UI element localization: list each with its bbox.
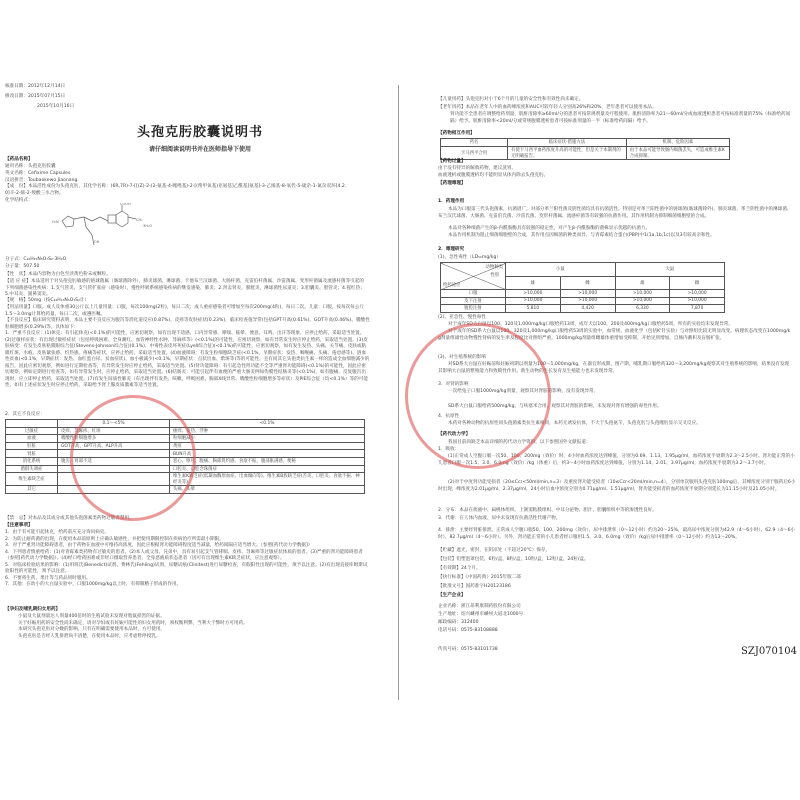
pharmacokinetics-intro: 我国目前尚缺乏本品详细的药代动力学资料，以下参照国外文献报道： [448,440,590,446]
svg-text:OH: OH [94,240,100,244]
table-cell: >10,000 [670,290,725,298]
table-row: 肝脏GOT升高、GPT升高、ALP升高黄疸 [6,442,365,450]
table-cell: 腹腔注射 [441,305,506,313]
table-cell: BUN升高 [170,450,365,458]
indications: 【适 应 症】本品适用于对头孢克肟敏感的链球菌属（肠球菌除外），肺炎球菌、淋球菌… [5,279,365,299]
table-cell: 口腔炎、口腔念珠菌症 [170,465,365,473]
table-cell: >10,000 [670,297,725,305]
table-cell: 黄疸 [170,442,365,450]
table-cell: 过敏症 [6,427,58,435]
excretion-text: 4．排泄：主要经肾脏排泄。正常成人空腹口服50、100、200mg（效价），尿中… [438,528,798,541]
table-row: 腹腔注射5,8104,4206,3307,870 [441,305,725,313]
toxicology-subheading: 2．毒理研究 [438,247,464,253]
svg-text:H₂N: H₂N [52,220,59,224]
table-cell: 药名 [441,139,508,147]
table-cell: 7,870 [670,305,725,313]
revision-date-2: 2015年10月16日 [37,104,74,110]
table-row: 菌群失调症口腔炎、口腔念珠菌症 [6,465,365,473]
table-cell: 雄 [506,276,561,290]
table-row: 血液嗜酸性粒细胞增多粒细胞减少 [6,435,365,443]
table-cell: 0.1～<5% [58,420,170,428]
pharmacology-text-1: 本品为口服第三代头孢菌素，抗菌谱广，对部分革兰阳性菌及阴性菌均具有抗菌活性。特别… [438,207,793,220]
subacute-text-1: 对于成年SD大白鼠以100、320及1,000mg/kg口服给药13周，成年犬以… [438,322,793,329]
right-page: 【儿童用药】头孢克肟对小于6个月的儿童的安全性和有效性尚未确定。 【老年用药】本… [400,0,800,800]
table-row: 消化系统腹泻、胃部不适恶心、呕吐、腹痛、胸部烧灼感、食欲不振、腹部胀满感、便秘 [6,457,365,465]
subacute-text-2: 对于成年的SD系大白鼠以100、320及1,000mg/kg口服给药53周的实验… [438,329,793,342]
pharmacology-heading: 【药理毒理】 [438,181,466,187]
properties: 【性 状】本品内容物为白色至淡黄色粉末或颗粒。 [5,272,111,278]
absorption-text-2: (2)对于中度肾功能受损者（20≤Ccr<50ml/min,n=3）及重度肾功能… [438,480,798,493]
corner-label-species: 动物种类 [485,264,503,270]
pharmacology-text-3: 本品作用机制为阻止细菌细胞壁的合成，其作用点因细菌的种类而异，与青霉素结合蛋白(… [438,233,793,240]
table-cell: 4,420 [560,305,615,313]
manufacturer-name: 企业名称：浙江昂利康制药股份有限公司 [438,604,521,610]
svg-text:·3H₂O: ·3H₂O [142,224,152,228]
pregnancy-heading: 【孕妇及哺乳期妇女用药】 [5,607,60,613]
table-cell: 其它 [6,486,58,494]
specification: 【规 格】50mg（按C₁₆H₁₅N₅O₇S₂计） [5,298,89,304]
table-cell: GOT升高、GPT升高、ALP升高 [58,442,170,450]
table-cell: >10,000 [615,297,670,305]
table-row: 皮下注射>10,000>10,000>10,000>10,000 [441,297,725,305]
execution-standard: 【执行标准】《中国药典》2015年版二部 [438,575,521,581]
english-name: 英文名称：Cefixime Capsules [5,171,70,177]
validity-period: 【有效期】24个月。 [438,566,481,572]
table-cell: 恶心、呕吐、腹痛、胸部烧灼感、食欲不振、腹部胀满感、便秘 [170,457,365,465]
table-cell: 6,330 [615,305,670,313]
pharmacokinetics-heading: 【药代动力学】 [438,432,470,438]
table-cell: 粒细胞减少 [170,435,365,443]
molecular-weight: 分子量：507.50 [5,264,39,270]
table-cell: 临床症状·措施方法 [508,139,627,147]
table-cell: 瘙痒、发热、浮肿 [170,427,365,435]
document-code: SZJ070104 [741,646,797,657]
storage: 【贮藏】遮光，密封，在阴凉处（不超过20℃）保存。 [438,548,550,554]
manufacturer-address: 生产地址：绍兴嵊州市嵊州大道北1000号 [438,612,523,618]
company-seal-stamp-right [405,323,551,469]
table-row: 过敏症皮疹、荨麻疹、红斑瘙痒、发热、浮肿 [6,427,365,435]
table-row: 其它头痛、头晕 [6,486,365,494]
adverse-reactions-intro: 【不良反应】临床研究资料表明，本品主要不良反应为腹泻等消化道反应(0.87%)、… [5,318,370,331]
table-cell: 肝脏 [6,442,58,450]
pharmacology-text-2: 本品对各种细菌产生的β-内酰胺酶具有较强的稳定性，对产生β-内酰胺酶的菌株显示优… [438,226,793,233]
table-cell: 皮下注射 [441,297,506,305]
molecular-formula: 分子式：C₁₆H₁₅N₅O₇S₂·3H₂O [5,257,66,263]
table-cell: 机制、危险因素 [626,139,729,147]
precaution-item: 7．其他：在幼小的大白鼠实验中，口服1000mg/kg以上时，有抑制精子形成的作… [5,582,370,589]
table-cell: 嗜酸性粒细胞增多 [58,435,170,443]
table-cell: 由于本品可能导致肠内细菌丢失，可造成维生素K合成抑制。 [626,146,729,159]
kidney-text-2: SD系大白鼠口服给药500mg/kg，与呋塞米合用，观察其对肾脏的影响，未发现对… [448,404,662,410]
table-cell: 维生素缺乏症 [6,473,58,486]
dosage: 【用法用量】口服。成人及体重30公斤以上儿童用量：口服，每次100mg(2粒)，… [5,305,365,318]
table-cell: 菌群失调症 [6,465,58,473]
table-cell: 口服 [441,290,506,298]
overdose-line-2: 血液透析或腹膜透析均不能明显从体内除去头孢克肟。 [438,173,548,179]
manufacturer-heading: 【生产企业】 [438,593,466,599]
kidney-label: 3．对肾的影响 [438,382,469,388]
table-cell [58,450,170,458]
antigen-label: 4．抗原性 [438,414,459,420]
page-fold-divider [398,85,399,700]
chemical-structure-diagram: H₂N COOH CH₂ ·3H₂O OH [50,203,160,255]
table-cell: 血液 [6,435,58,443]
table-cell [58,486,170,494]
manufacturer-fax: 传真号码：0575-83101738 [438,647,498,653]
table-cell: >10,000 [560,290,615,298]
section-name-heading: 【药品名称】 [5,157,33,163]
table-header-row: 0.1～<5%<0.1% [6,420,365,428]
packaging: 【包装】铝塑泡罩包装，6粒/盒，8粒/盒，10粒/盒，12粒/盒，24粒/盒。 [438,557,589,563]
interaction-heading: 【药物相互作用】 [438,131,475,137]
distribution-text: 2．分布：本品在痰液中、扁桃体组织、上颌窦粘膜组织、中耳分泌物、胆汁、胆囊组织中… [438,508,657,514]
elderly-use: 【老年用药】本品在老年人中的血药峰浓度和AUC可较年轻人分别高26%和20%，老… [438,105,656,111]
overdose-heading: 【药物过量】 [438,159,466,165]
table-cell: >10,000 [615,290,670,298]
children-use: 【儿童用药】头孢克肟对小于6个月的儿童的安全性和有效性尚未确定。 [438,97,583,103]
precautions-heading: 【注意事项】 [5,523,33,529]
precaution-item: 4．下列患者慎重给药：(1)对青霉素类药物有过敏史的患者。(2)本人或父母、兄弟… [5,550,370,563]
left-page: 核准日期：2012年12月14日 修改日期：2015年07月15日 2015年1… [0,0,400,800]
precaution-item: 5．对临床检验结果的影响：(1)用班氏(Benedict)试剂、费林氏(Fehl… [5,563,370,576]
table-cell: 有使卡马西平血药浓度升高的可能性，但是关于本制剂的无明确报告。 [508,146,627,159]
table-cell [58,473,170,486]
table-cell [58,465,170,473]
reproduction-label: (3)、对生殖系统的影响 [438,355,486,361]
precautions-list: 1．由于有可能引起休克，给药前应充分询问病史。2．为防止耐药菌的出现，在使用本品… [5,530,370,589]
table-cell: 小鼠 [506,263,616,277]
table-cell: 维生素K缺乏症(低凝血酶原血症、出血倾向等)、维生素B族缺乏症(舌炎、口腔炎、食… [170,473,365,486]
overdose-line-1: 由于没有特异的解救药物，建议洗胃。 [438,166,516,172]
table-cell: 皮疹、荨麻疹、红斑 [58,427,170,435]
table-cell: 雄 [615,276,670,290]
table-cell [6,420,58,428]
reproduction-text: 对SD系大白鼠在妊娠前和妊娠初期以剂量为100～1,000mg/kg，在器官形成… [438,362,793,375]
table-cell: 雌 [560,276,615,290]
svg-text:COOH: COOH [120,203,131,206]
composition: 【成 份】本品活性成份为头孢克肟，其化学名称：(6R,7R)-7-[[(Z)-2… [5,184,350,197]
other-adverse-reactions-table: 0.1～<5%<0.1%过敏症皮疹、荨麻疹、红斑瘙痒、发热、浮肿血液嗜酸性粒细胞… [5,419,365,494]
acute-toxicity-table: 动物种类性别给药途径小鼠大鼠雄雌雄雌口服>10,000>10,000>10,00… [440,262,725,313]
absorption-text-1: (1)正常成人空腹口服一次50、100、200mg（效价）时，4小时血药浓度达到… [438,454,798,467]
revision-date-1: 修改日期：2015年07月15日 [5,94,65,100]
elderly-use-detail: 肾功能不全患者应调整给药剂量，肌酐清除率≥60ml/分的患者可按常规剂量及疗程使… [450,112,795,125]
kidney-text-1: 一次给兔子口服1000mg/kg剂量，观察其对肾脏的影响，没有发现异常。 [448,389,598,395]
corner-label-route: 给药途径 [443,282,461,288]
document-title: 头孢克肟胶囊说明书 [0,121,400,140]
table-cell: 卡马西平合用 [441,146,508,159]
generic-name: 通用名称：头孢克肟胶囊 [5,164,56,170]
absorption-label: 1．吸收： [438,447,459,453]
table-cell: 消化系统 [6,457,58,465]
document-subtitle: 请仔细阅读说明书并在医师指导下使用 [0,144,400,153]
corner-label-sex: 性别 [490,272,499,278]
metabolism-text: 3．代谢：在人体内血液、尿中未发现有抗菌活性代谢产物。 [438,516,560,522]
table-cell: 腹泻、胃部不适 [58,457,170,465]
adverse-reactions-serious: 1．严重不良反应：(1)休克：有引起休克(<0.1%)的可能性，应密切观察，如有… [5,331,370,390]
pregnancy-item: 头孢克肟是否经人乳排泄尚不清楚，在使用本品时，应考虑暂停授乳。 [18,634,358,641]
approval-date: 核准日期：2012年12月14日 [5,84,65,90]
antigen-text: 本药对各种动物的抗原性同头孢菌素类抗生素相同，本药无诱发抗体，不大于头孢氨苄，头… [448,421,701,427]
table-cell: 5,810 [506,305,561,313]
approval-number: 【批准文号】国药准字H20123186 [438,584,511,590]
pharmacology-subheading: 1．药理作用 [438,199,464,205]
svg-text:CH₂: CH₂ [136,218,143,222]
table-cell: <0.1% [170,420,365,428]
table-row: 维生素缺乏症维生素K缺乏症(低凝血酶原血症、出血倾向等)、维生素B族缺乏症(舌炎… [6,473,365,486]
table-cell: 雌 [670,276,725,290]
structure-label: 化学结构式： [5,198,33,204]
table-header-row: 动物种类性别给药途径小鼠大鼠 [441,263,725,277]
acute-toxicity-label: (1)、急性毒性（LD₅₀mg/kg） [438,255,501,261]
table-cell: 头痛、头晕 [170,486,365,494]
adverse-reactions-other-label: 2．其它不良反应： [5,412,45,418]
pregnancy-list: 小鼠及大鼠剂量达人剂量400倍时的生殖试验未发现对胎鼠损害的证据。关于妊娠用药的… [18,614,358,640]
manufacturer-phone: 电话号码：0575-83108888 [438,628,498,634]
table-cell: >10,000 [506,297,561,305]
subacute-label: (2)、亚急性、慢性毒性 [438,315,486,321]
table-cell: >10,000 [506,290,561,298]
table-row: 肾脏BUN升高 [6,450,365,458]
table-cell: 大鼠 [615,263,725,277]
table-row: 口服>10,000>10,000>10,000>10,000 [441,290,725,298]
table-cell: >10,000 [560,297,615,305]
table-cell: 肾脏 [6,450,58,458]
manufacturer-postcode: 邮政编码：312400 [438,620,479,626]
table-header-row: 药名临床症状·措施方法机制、危险因素 [441,139,730,147]
table-cell: 动物种类性别给药途径 [441,263,506,290]
contraindications: 【禁 忌】对本品及其成分或其他头孢菌素类药物过敏者禁用。 [5,516,134,522]
drug-interaction-table: 药名临床症状·措施方法机制、危险因素卡马西平合用有使卡马西平血药浓度升高的可能性… [440,138,730,160]
table-row: 卡马西平合用有使卡马西平血药浓度升高的可能性，但是关于本制剂的无明确报告。由于本… [441,146,730,159]
